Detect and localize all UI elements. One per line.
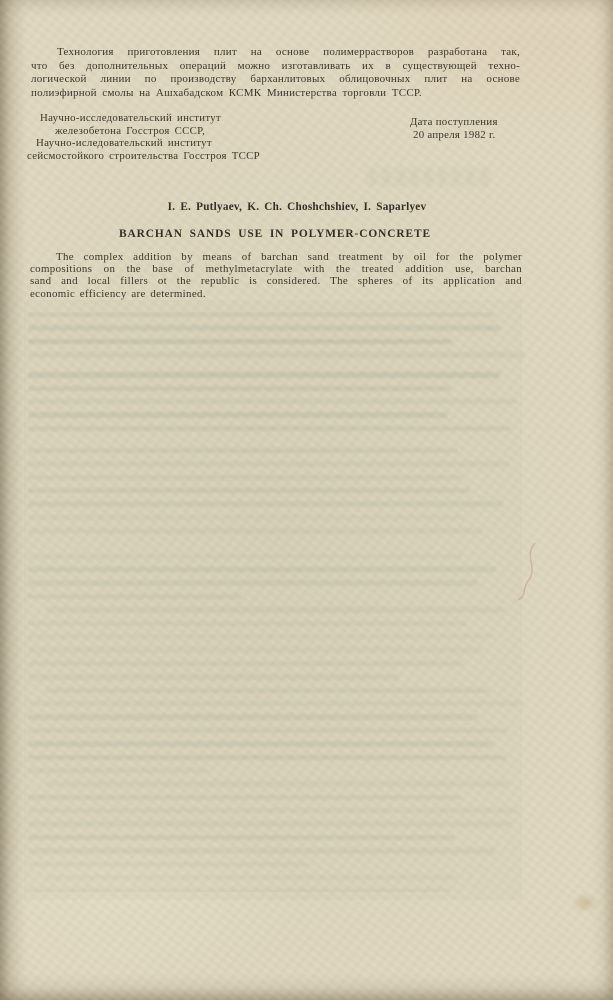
abstract-line: sand and local fillers ot the republic i… bbox=[30, 275, 522, 287]
bleedthrough-line bbox=[28, 501, 503, 506]
bleedthrough-line bbox=[28, 674, 399, 679]
bleedthrough-line bbox=[28, 661, 464, 666]
bleedthrough-line bbox=[28, 567, 496, 572]
bleedthrough-line bbox=[28, 701, 524, 706]
english-abstract-paragraph: The complex addition by means of barchan… bbox=[30, 251, 522, 300]
bleedthrough-line bbox=[28, 835, 455, 840]
bleedthrough-line bbox=[28, 634, 494, 639]
text-block-tint bbox=[24, 300, 522, 900]
bleedthrough-line bbox=[28, 448, 458, 453]
scanned-journal-page: Технология приготовления плит на основе … bbox=[0, 0, 613, 1000]
bleedthrough-line bbox=[28, 488, 470, 493]
pink-pen-mark bbox=[505, 540, 549, 604]
affiliation-line: Научно-исследовательский институт bbox=[27, 112, 260, 125]
affiliation-line: Научно-иследовательский институт bbox=[27, 137, 260, 150]
bleedthrough-line bbox=[28, 821, 512, 826]
affiliation-line: железобетона Госстроя СССР, bbox=[27, 125, 260, 138]
russian-intro-line: что без дополнительных операций можно из… bbox=[31, 60, 520, 74]
bleedthrough-line bbox=[28, 461, 509, 466]
bleedthrough-line bbox=[28, 741, 493, 746]
authors-line: I. E. Putlyaev, K. Ch. Choshchshiev, I. … bbox=[30, 201, 520, 213]
russian-intro-line: Технология приготовления плит на основе … bbox=[31, 46, 520, 60]
bleedthrough-line bbox=[28, 426, 511, 431]
bleedthrough-line bbox=[28, 386, 451, 391]
bleedthrough-line bbox=[28, 580, 478, 585]
bleedthrough-line bbox=[28, 325, 500, 330]
received-date-block: Дата поступления 20 апреля 1982 г. bbox=[410, 116, 524, 142]
russian-intro-line: полиэфирной смолы на Ашхабадском КСМК Ми… bbox=[31, 87, 520, 101]
bleedthrough-line bbox=[28, 755, 506, 760]
bleedthrough-texture bbox=[28, 312, 526, 892]
abstract-line: compositions on the base of methylmetacr… bbox=[30, 263, 522, 275]
bleedthrough-line bbox=[28, 808, 519, 813]
bleedthrough-line bbox=[28, 728, 508, 733]
bleedthrough-line bbox=[28, 888, 450, 892]
received-date-label: Дата поступления bbox=[410, 116, 524, 129]
bleedthrough-line bbox=[28, 515, 465, 520]
bleedthrough-line bbox=[46, 781, 509, 786]
bleedthrough-line bbox=[28, 848, 495, 853]
bleedthrough-line bbox=[28, 399, 517, 404]
affiliation-line: сейсмостойкого строительства Госстроя ТС… bbox=[27, 150, 260, 163]
bleedthrough-line bbox=[28, 339, 452, 344]
abstract-line: The complex addition by means of barchan… bbox=[30, 251, 522, 263]
abstract-line: economic efficiency are determined. bbox=[30, 288, 522, 300]
bleedthrough-line bbox=[28, 714, 478, 719]
affiliation-block: Научно-исследовательский институт железо… bbox=[27, 112, 260, 163]
bleedthrough-line bbox=[28, 412, 448, 417]
article-title: BARCHAN SANDS USE IN POLYMER-CONCRETE bbox=[30, 228, 520, 240]
bleedthrough-line bbox=[28, 621, 467, 626]
bleedthrough-line bbox=[28, 768, 208, 773]
bleedthrough-line bbox=[28, 554, 462, 559]
bleedthrough-line bbox=[46, 607, 505, 612]
russian-intro-paragraph: Технология приготовления плит на основе … bbox=[31, 46, 520, 100]
bleedthrough-line bbox=[28, 862, 308, 867]
bleedthrough-line bbox=[28, 594, 241, 599]
bleedthrough-line bbox=[28, 372, 500, 377]
bleedthrough-line bbox=[28, 352, 525, 357]
stamp-bleedthrough bbox=[368, 168, 490, 186]
russian-intro-line: логической линии по производству барханл… bbox=[31, 73, 520, 87]
stain-spot bbox=[572, 893, 598, 913]
bleedthrough-line bbox=[28, 795, 461, 800]
bleedthrough-line bbox=[46, 688, 490, 693]
received-date-value: 20 апреля 1982 г. bbox=[410, 129, 524, 142]
bleedthrough-line bbox=[28, 475, 462, 480]
bleedthrough-line bbox=[28, 647, 482, 652]
bleedthrough-line bbox=[46, 875, 457, 880]
bleedthrough-line bbox=[28, 312, 494, 317]
bleedthrough-line bbox=[28, 528, 483, 533]
